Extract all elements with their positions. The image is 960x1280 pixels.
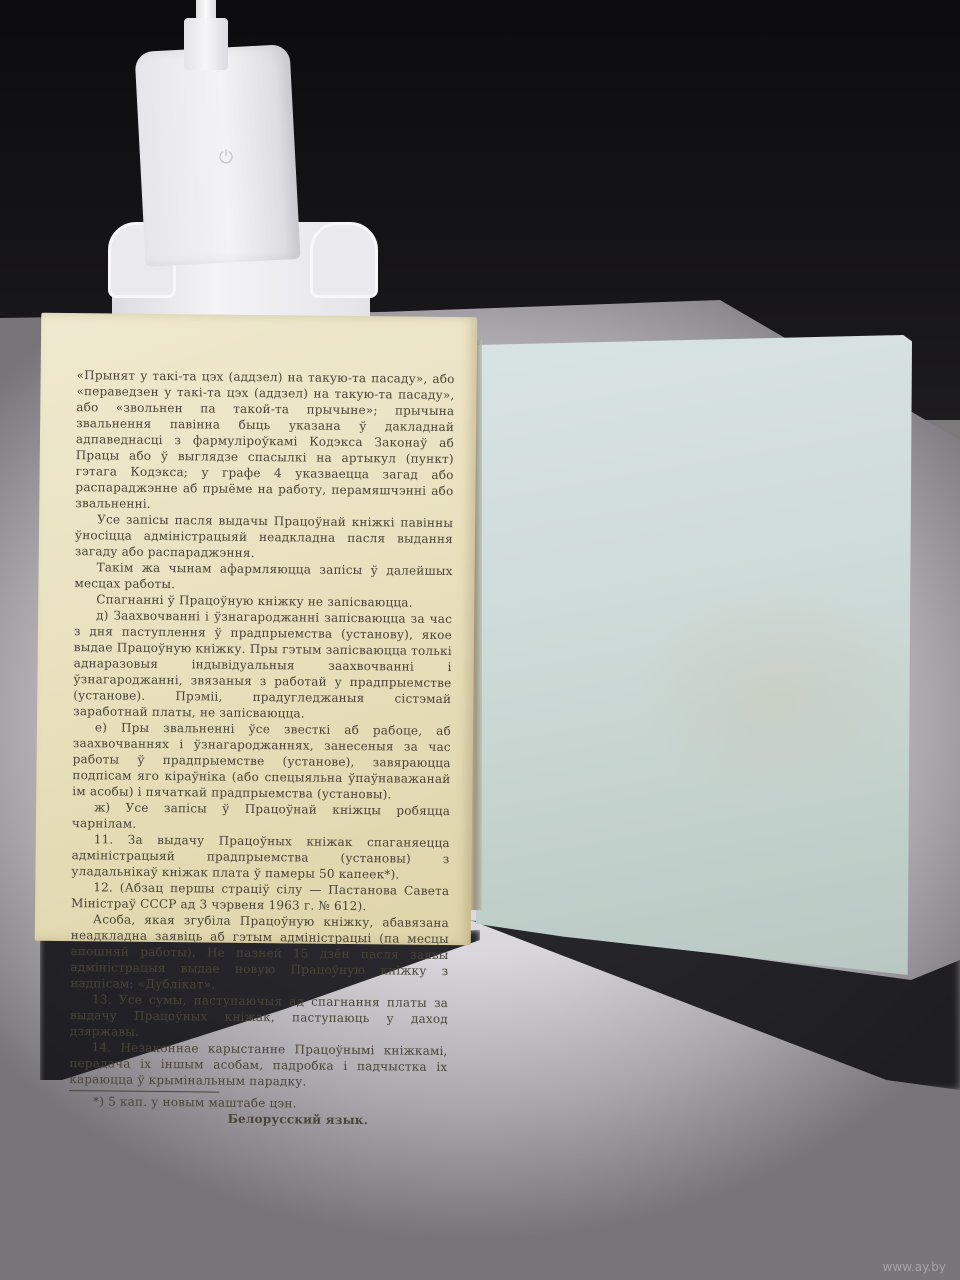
booklet-right-page: [476, 335, 912, 975]
usb-plug: [184, 18, 228, 70]
paragraph: Усе запісы пасля выдачы Працоўнай кніжкі…: [75, 511, 453, 563]
paragraph: «Прынят у такі-та цэх (аддзел) на такую-…: [75, 367, 454, 515]
paragraph: д) Заахвочванні і ўзнагароджанні запісва…: [73, 607, 452, 723]
paragraph: 13. Усе сумы, паступаючыя ад спагнання п…: [70, 991, 448, 1043]
paragraph: 11. За выдачу Працоўных кніжак спаганяец…: [71, 831, 449, 883]
paragraph: 14. Незаконнае карыстанне Працоўнымі кні…: [69, 1039, 447, 1091]
power-icon: ⏻: [216, 148, 236, 168]
paragraph: Такім жа чынам афармляюцца запісы ў дале…: [74, 559, 452, 595]
watermark: www.ay.by: [883, 1260, 946, 1274]
paragraph: 12. (Абзац першы страціў сілу — Пастанов…: [71, 879, 449, 915]
footnote-divider: [69, 1090, 219, 1093]
page-body-text: «Прынят у такі-та цэх (аддзел) на такую-…: [69, 367, 455, 1129]
paragraph: ж) Усе запісы ў Працоўнай кніжцы робяцца…: [72, 799, 450, 835]
paragraph: е) Пры звальненні ўсе звесткі аб рабоце,…: [72, 719, 451, 803]
paragraph: Асоба, якая згубіла Працоўную кніжку, аб…: [70, 911, 449, 995]
dock-cup-right: [310, 222, 378, 298]
booklet-left-page: «Прынят у такі-та цэх (аддзел) на такую-…: [35, 313, 478, 946]
